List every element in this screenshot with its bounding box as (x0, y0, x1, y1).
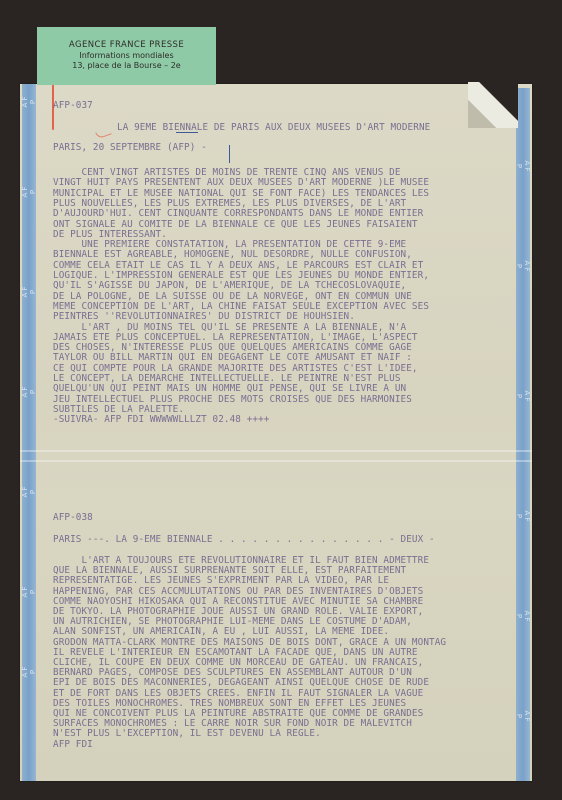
blue-pen-underline (176, 132, 198, 133)
body-line: AFP FDI (53, 740, 93, 750)
strip-mark: A F P (21, 385, 37, 399)
strip-mark: A F P (515, 509, 531, 523)
strip-mark: A F P (21, 185, 37, 199)
strip-mark: A F P (21, 485, 37, 499)
blue-pen-mark (229, 145, 230, 163)
strip-mark: A F P (515, 709, 531, 723)
right-margin-strip: A F P A F P A F P A F P A F P A F P (516, 88, 530, 781)
strip-mark: A F P (21, 585, 37, 599)
paper-fold (20, 450, 532, 452)
body-line: BIENNALE EST AGREABLE, HOMOGENE, NUL DES… (53, 250, 412, 260)
body-line: EPI DE BOIS DES MACONNERIES, DEGAGEANT A… (53, 678, 429, 688)
dispatch-code: AFP-038 (53, 513, 93, 523)
body-line: TAYLOR OU BILL MARTIN QUI EN DEGAGENT LE… (53, 353, 412, 363)
strip-mark: A F P (515, 389, 531, 403)
left-margin-strip: A F P A F P A F P A F P A F P A F P A F … (22, 84, 36, 781)
body-line: QU'IL S'AGISSE DU JAPON, DE L'AMERIQUE, … (53, 281, 406, 291)
body-line: QUELQU'UN QUI PEINT MAIS UN HOMME QUI PE… (53, 384, 406, 394)
strip-mark: A F P (515, 159, 531, 173)
strip-mark: A F P (515, 259, 531, 273)
body-line: L'ART , DU MOINS TEL QU'IL SE PRESENTE A… (53, 323, 406, 333)
body-line: PEINTRES ''REVOLUTIONNAIRES' DU DISTRICT… (53, 312, 355, 322)
strip-mark: A F P (515, 609, 531, 623)
agency-address: 13, place de la Bourse – 2e (37, 61, 216, 70)
dispatch-title: LA 9EME BIENNALE DE PARIS AUX DEUX MUSEE… (117, 123, 430, 133)
body-line: REPRESENTATIGE. LES JEUNES S'EXPRIMENT P… (53, 576, 389, 586)
dispatch-code: AFP-037 (53, 101, 93, 111)
body-line: -SUIVRA- AFP FDI WWWWWLLLZT 02.48 ++++ (53, 415, 270, 425)
body-line: ONT SIGNALE AU COMITE DE LA BIENNALE CE … (53, 220, 418, 230)
dispatch-header: PARIS ---. LA 9-EME BIENNALE . . . . . .… (53, 535, 435, 545)
dispatch-dateline: PARIS, 20 SEPTEMBRE (AFP) - (53, 143, 207, 153)
body-line: VINGT HUIT PAYS PRESENTENT AUX DEUX MUSE… (53, 178, 429, 188)
folded-corner (468, 82, 518, 128)
agency-name: AGENCE FRANCE PRESSE (37, 40, 216, 50)
afp-letterhead-label: AGENCE FRANCE PRESSE Informations mondia… (37, 27, 216, 85)
body-line: N'EST PLUS L'EXCEPTION, IL EST DEVENU LA… (53, 729, 321, 739)
strip-mark: A F P (21, 285, 37, 299)
paper-fold (20, 460, 532, 462)
strip-mark: A F P (21, 665, 37, 679)
body-line: ALAN SONFIST, UN AMERICAIN, A EU , LUI A… (53, 627, 389, 637)
strip-mark: A F P (21, 95, 37, 109)
agency-subtitle: Informations mondiales (37, 51, 216, 60)
body-line: D'AUJOURD'HUI. CENT CINQUANTE CORRESPOND… (53, 209, 423, 219)
